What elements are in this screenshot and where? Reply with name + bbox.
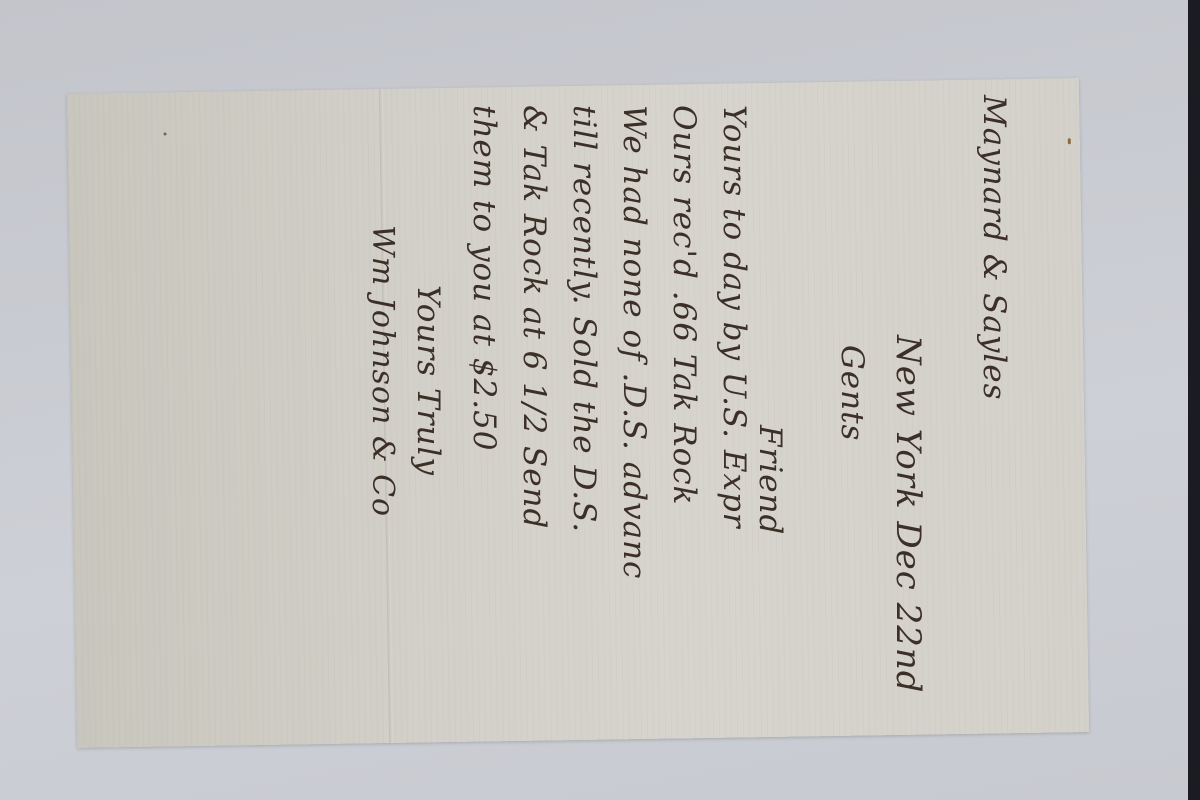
body-line-1: Yours to day by U.S. Expr bbox=[716, 105, 752, 529]
body-line-6: them to you at $2.50 bbox=[466, 105, 502, 452]
body-line-3: We had none of .D.S. advanc bbox=[616, 105, 652, 579]
date-line: New York Dec 22nd bbox=[888, 335, 928, 694]
body-line-5: & Tak Rock at 6 1/2 Send bbox=[516, 105, 552, 529]
paper-stain bbox=[1068, 138, 1071, 144]
letter-text: Maynard & Sayles Gents New York Dec 22nd… bbox=[540, 95, 1020, 735]
salutation-line: Gents bbox=[834, 345, 870, 441]
signature-line: Wm Johnson & Co bbox=[365, 225, 400, 517]
body-line-2: Ours rec'd .66 Tak Rock bbox=[666, 105, 702, 505]
paper-speck bbox=[164, 132, 167, 135]
friend-line: Friend bbox=[752, 425, 788, 535]
body-line-4: till recently. Sold the D.S. bbox=[566, 105, 602, 533]
closing-line: Yours Truly bbox=[410, 285, 446, 476]
frame-edge bbox=[1188, 0, 1200, 800]
addressee-line: Maynard & Sayles bbox=[976, 95, 1012, 401]
